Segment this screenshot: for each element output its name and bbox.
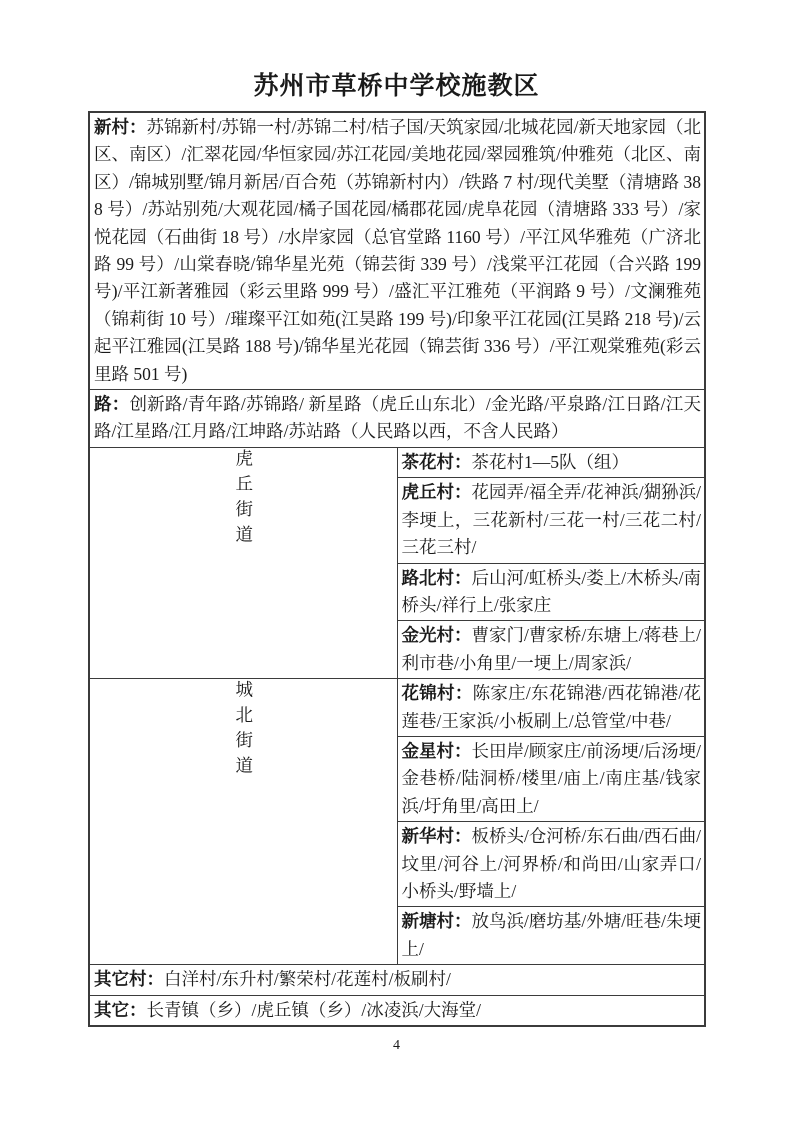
jinxing-village-label: 金星村： — [402, 741, 472, 761]
xinhua-village-cell: 新华村：板桥头/仓河桥/东石曲/西石曲/坟里/河谷上/河界桥/和尚田/山家弄口/… — [397, 822, 705, 907]
new-villages-label: 新村： — [94, 117, 147, 137]
jinguang-village-label: 金光村： — [402, 625, 472, 645]
other-content: 长青镇（乡）/虎丘镇（乡）/冰凌浜/大海堂/ — [147, 1000, 481, 1020]
new-villages-content: 苏锦新村/苏锦一村/苏锦二村/桔子国/天筑家园/北城花园/新天地家园（北区、南区… — [94, 117, 701, 384]
chahua-village-label: 茶花村： — [402, 452, 472, 472]
row-other-villages: 其它村：白洋村/东升村/繁荣村/花莲村/板刷村/ — [89, 965, 705, 995]
other-villages-cell: 其它村：白洋村/东升村/繁荣村/花莲村/板刷村/ — [89, 965, 705, 995]
row-huajin-village: 城北街道 花锦村：陈家庄/东花锦港/西花锦港/花莲巷/王家浜/小板刷上/总管堂/… — [89, 679, 705, 737]
huqiu-village-label: 虎丘村： — [402, 482, 472, 502]
school-district-table: 新村：苏锦新村/苏锦一村/苏锦二村/桔子国/天筑家园/北城花园/新天地家园（北区… — [88, 111, 706, 1027]
lubei-village-label: 路北村： — [402, 568, 472, 588]
xinhua-village-label: 新华村： — [402, 826, 472, 846]
page-number: 4 — [0, 1038, 793, 1054]
page-title: 苏州市草桥中学校施教区 — [0, 0, 793, 102]
row-roads: 路：创新路/青年路/苏锦路/ 新星路（虎丘山东北）/金光路/平泉路/江日路/江天… — [89, 390, 705, 448]
new-villages-cell: 新村：苏锦新村/苏锦一村/苏锦二村/桔子国/天筑家园/北城花园/新天地家园（北区… — [89, 112, 705, 390]
other-villages-label: 其它村： — [94, 969, 164, 989]
row-new-villages: 新村：苏锦新村/苏锦一村/苏锦二村/桔子国/天筑家园/北城花园/新天地家园（北区… — [89, 112, 705, 390]
roads-content: 创新路/青年路/苏锦路/ 新星路（虎丘山东北）/金光路/平泉路/江日路/江天路/… — [94, 394, 701, 441]
lubei-village-cell: 路北村：后山河/虹桥头/娄上/木桥头/南桥头/祥行上/张家庄 — [397, 563, 705, 621]
xintang-village-cell: 新塘村：放鸟浜/磨坊基/外塘/旺巷/朱埂上/ — [397, 907, 705, 965]
other-villages-content: 白洋村/东升村/繁荣村/花莲村/板刷村/ — [164, 969, 451, 989]
roads-label: 路： — [94, 394, 129, 414]
jinguang-village-cell: 金光村：曹家门/曹家桥/东塘上/蒋巷上/利市巷/小角里/一埂上/周家浜/ — [397, 621, 705, 679]
street-group-chengbei-name: 城北街道 — [231, 680, 257, 782]
xintang-village-label: 新塘村： — [402, 911, 472, 931]
huqiu-village-cell: 虎丘村：花园弄/福全弄/花神浜/猢狲浜/李埂上，三花新村/三花一村/三花二村/三… — [397, 478, 705, 563]
row-chahua-village: 虎丘街道 茶花村：茶花村1—5队（组） — [89, 447, 705, 477]
chahua-village-content: 茶花村1—5队（组） — [472, 452, 630, 472]
other-label: 其它： — [94, 1000, 147, 1020]
huajin-village-label: 花锦村： — [402, 683, 473, 703]
roads-cell: 路：创新路/青年路/苏锦路/ 新星路（虎丘山东北）/金光路/平泉路/江日路/江天… — [89, 390, 705, 448]
jinxing-village-cell: 金星村：长田岸/顾家庄/前汤埂/后汤埂/金巷桥/陆洞桥/楼里/庙上/南庄基/钱家… — [397, 736, 705, 821]
row-other: 其它：长青镇（乡）/虎丘镇（乡）/冰凌浜/大海堂/ — [89, 995, 705, 1026]
street-group-huqiu-name: 虎丘街道 — [231, 449, 257, 551]
chahua-village-cell: 茶花村：茶花村1—5队（组） — [397, 447, 705, 477]
street-group-chengbei: 城北街道 — [89, 679, 397, 965]
other-cell: 其它：长青镇（乡）/虎丘镇（乡）/冰凌浜/大海堂/ — [89, 995, 705, 1026]
huajin-village-cell: 花锦村：陈家庄/东花锦港/西花锦港/花莲巷/王家浜/小板刷上/总管堂/中巷/ — [397, 679, 705, 737]
street-group-huqiu: 虎丘街道 — [89, 447, 397, 678]
